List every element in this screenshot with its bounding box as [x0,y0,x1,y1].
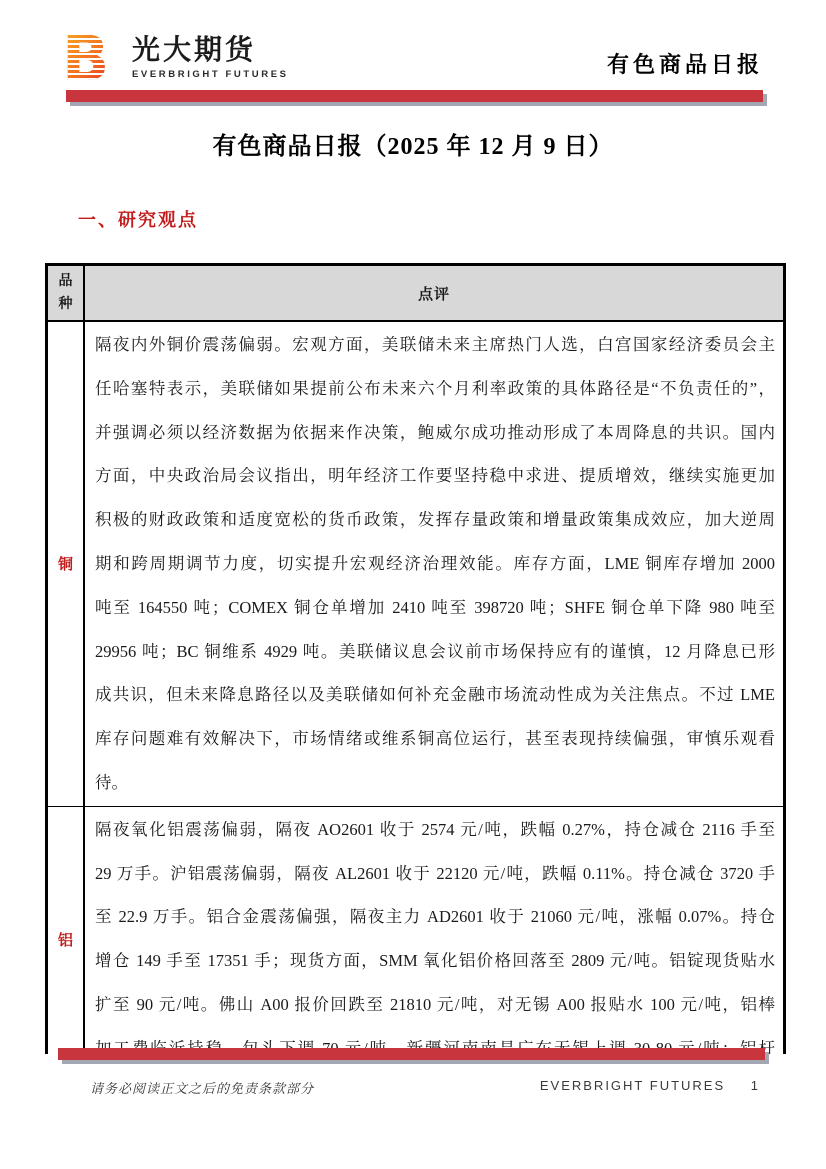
comment-cell: 隔夜内外铜价震荡偏弱。宏观方面，美联储未来主席热门人选，白宫国家经济委员会主任哈… [85,322,783,806]
table-row: 铜隔夜内外铜价震荡偏弱。宏观方面，美联储未来主席热门人选，白宫国家经济委员会主任… [48,322,783,807]
variety-label: 铝 [48,807,85,1054]
brand-text: 光大期货 EVERBRIGHT FUTURES [132,30,289,80]
footer-disclaimer: 请务必阅读正文之后的免责条款部分 [90,1078,314,1097]
report-page: B 光大期货 EVERBRIGHT FUTURES 有色商品日报 有色商品日报（… [0,0,826,1169]
comment-line: 库存问题难有效解决下，市场情绪或维系铜高位运行，甚至表现持续偏强，审慎乐观看 [95,717,775,761]
comment-line: 增仓 149 手至 17351 手；现货方面，SMM 氧化铝价格回落至 2809… [95,939,775,983]
comment-line: 积极的财政政策和适度宽松的货币政策，发挥存量政策和增量政策集成效应，加大逆周 [95,498,775,542]
comment-line: 至 22.9 万手。铝合金震荡偏强，隔夜主力 AD2601 收于 21060 元… [95,895,775,939]
comment-line: 隔夜氧化铝震荡偏弱，隔夜 AO2601 收于 2574 元/吨，跌幅 0.27%… [95,808,775,852]
comment-line: 待。 [95,761,775,805]
brand-name-en: EVERBRIGHT FUTURES [132,69,289,80]
everbright-logo-icon: B [62,30,120,88]
column-header-variety: 品种 [48,266,85,320]
footer-brand-name: EVERBRIGHT FUTURES [540,1078,725,1093]
comment-line: 扩至 90 元/吨。佛山 A00 报价回跌至 21810 元/吨，对无锡 A00… [95,983,775,1027]
table-header-row: 品种 点评 [48,266,783,322]
company-logo: B 光大期货 EVERBRIGHT FUTURES [62,30,289,88]
column-header-comment: 点评 [85,266,783,320]
header-divider-bar [66,90,763,102]
comment-line: 成共识，但未来降息路径以及美联储如何补充金融市场流动性成为关注焦点。不过 LME [95,673,775,717]
comment-cell: 隔夜氧化铝震荡偏弱，隔夜 AO2601 收于 2574 元/吨，跌幅 0.27%… [85,807,783,1054]
variety-label: 铜 [48,322,85,806]
comment-line: 方面，中央政治局会议指出，明年经济工作要坚持稳中求进、提质增效，继续实施更加 [95,454,775,498]
report-type-header: 有色商品日报 [607,48,763,79]
footer-brand: EVERBRIGHT FUTURES 1 [540,1078,760,1093]
comment-line: 29956 吨；BC 铜维系 4929 吨。美联储议息会议前市场保持应有的谨慎，… [95,630,775,674]
page-title: 有色商品日报（2025 年 12 月 9 日） [0,126,826,161]
table-row: 铝隔夜氧化铝震荡偏弱，隔夜 AO2601 收于 2574 元/吨，跌幅 0.27… [48,807,783,1054]
comment-line: 期和跨周期调节力度，切实提升宏观经济治理效能。库存方面，LME 铜库存增加 20… [95,542,775,586]
brand-name-cn: 光大期货 [132,34,289,66]
section-heading-research-views: 一、研究观点 [78,206,198,232]
page-number: 1 [751,1078,760,1093]
research-views-table: 品种 点评 铜隔夜内外铜价震荡偏弱。宏观方面，美联储未来主席热门人选，白宫国家经… [45,263,786,1054]
comment-line: 并强调必须以经济数据为依据来作决策，鲍威尔成功推动形成了本周降息的共识。国内 [95,411,775,455]
table-body: 铜隔夜内外铜价震荡偏弱。宏观方面，美联储未来主席热门人选，白宫国家经济委员会主任… [48,322,783,1054]
comment-line: 29 万手。沪铝震荡偏弱，隔夜 AL2601 收于 22120 元/吨，跌幅 0… [95,852,775,896]
comment-line: 任哈塞特表示，美联储如果提前公布未来六个月利率政策的具体路径是“不负责任的”， [95,367,775,411]
comment-line: 吨至 164550 吨；COMEX 铜仓单增加 2410 吨至 398720 吨… [95,586,775,630]
footer-divider-bar [58,1048,765,1060]
comment-line: 隔夜内外铜价震荡偏弱。宏观方面，美联储未来主席热门人选，白宫国家经济委员会主 [95,323,775,367]
